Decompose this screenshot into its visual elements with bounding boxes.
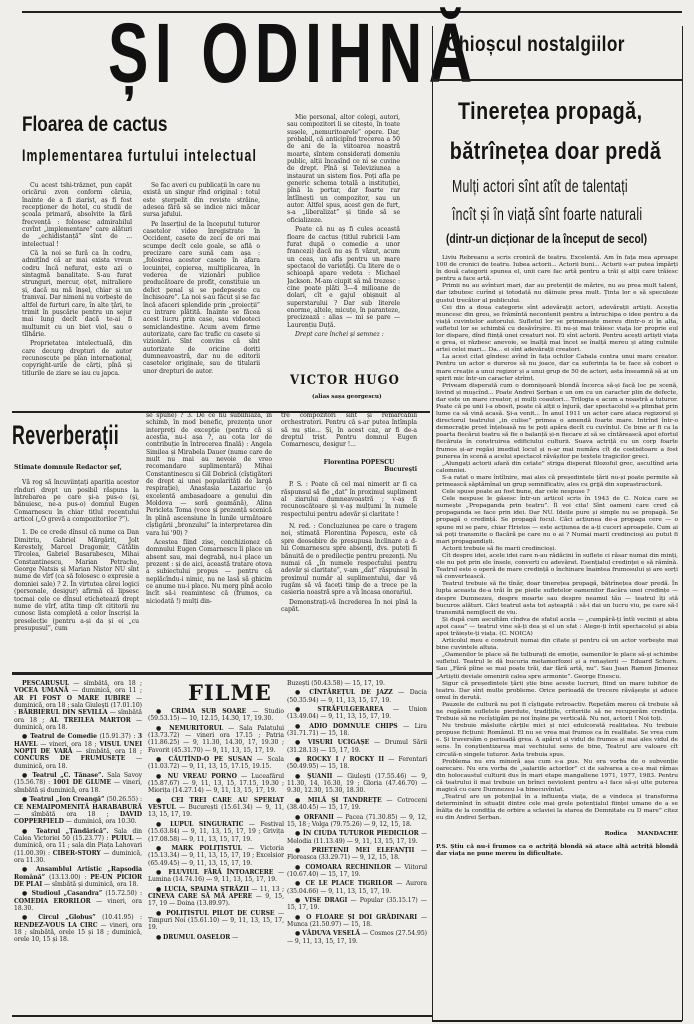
listing-entry: ● ROCKY I / ROCKY II — Ferentari (50.49.… — [287, 756, 427, 771]
chioscul-ps: P.S. Știu că nu-i frumos ca o actriță bl… — [436, 843, 678, 857]
bullet-icon: ● — [295, 880, 305, 887]
bottom-rule-right — [432, 1020, 682, 1022]
bullet-icon: ● — [295, 797, 308, 804]
chioscul-rule — [432, 79, 682, 81]
bullet-icon: ● — [295, 739, 308, 746]
listing-entry: ● ADIO DOMNULE CHIPS — Lira (31.71.71) —… — [287, 723, 427, 738]
bullet-icon: ● — [295, 864, 305, 871]
chioscul-paragraph: Pauzele de cultură nu pot fi cîștigate r… — [436, 701, 678, 722]
bullet-icon: ● — [295, 723, 309, 730]
masthead-title: ȘI ODIHNĂ — [108, 8, 295, 100]
listing-entry: ● ÎN CIUDA TUTUROR PIEDICILOR — Melodia … — [287, 830, 427, 845]
listing-entry: ● COMOARA RECHINILOR — Viitorul (10.67.4… — [287, 864, 427, 879]
listing-entry: ● CEI TREI CARE AU SPERIAT VESTUL — Bucu… — [148, 797, 284, 819]
listing-entry: ● FLUVIUL FĂRĂ ÎNTOARCERE — Lumina (14.7… — [148, 869, 284, 884]
listing-entry: ● Circul „Globus” (10.41.95) : RENDEZ-VO… — [14, 914, 142, 943]
listing-entry: ● Studioul „Casandra” (15.72.50) : COMED… — [14, 890, 142, 912]
column-divider — [432, 26, 433, 1022]
chioscul-paragraph: Sigur că președintele țării știe bine ac… — [436, 680, 678, 701]
floarea-col3: Mie personal, altor colegi, autori, sau … — [287, 114, 400, 372]
chioscul-paragraph: Și după cum ascultăm cîndva de sfatul ac… — [436, 616, 678, 637]
bullet-icon: ● — [156, 886, 164, 893]
chioscul-paragraph: Priveam disperată cum o domnișoară blond… — [436, 382, 678, 460]
chioscul-paragraph: Articolul meu e construit numai din cita… — [436, 637, 678, 651]
letter-signer: Florentina POPESCU — [281, 459, 417, 466]
listing-entry: ● POLIȚISTUL PILOT DE CURSE — Timpuri No… — [148, 910, 284, 932]
chioscul-paragraph: „Teatrul are un potențial în a influența… — [436, 793, 678, 821]
floarea-col1: Cu acest tshi-trăznet, pun capăt oricăru… — [22, 182, 132, 407]
bullet-icon: ● — [22, 866, 36, 873]
chioscul-paragraph: „Alungați actorii afară din cetate” stri… — [436, 460, 678, 474]
bullet-icon: ● — [156, 797, 171, 804]
chioscul-paragraph: „Oamenilor le place să fie tulburați de … — [436, 651, 678, 679]
bullet-icon: ● — [295, 914, 306, 921]
listing-entry: ● CE LE PLACE TIGRILOR — Aurora (35.04.6… — [287, 880, 427, 895]
alias-note: (alias sașa georgescu) — [312, 394, 382, 400]
bullet-icon: ● — [295, 847, 312, 854]
bullet-icon: ● — [156, 845, 172, 852]
bottom-rule — [12, 1015, 432, 1017]
bullet-icon: ● — [156, 756, 169, 763]
listing-entry: ● Teatrul „C. Tănase”. Sala Savoy (15.56… — [14, 772, 142, 794]
listing-entry: ● VISURI UCIGAȘE — Drumul Sării (31.28.1… — [287, 739, 427, 754]
chioscul-paragraph: Actorii trebuie să fie marii credincioși… — [436, 545, 678, 552]
filme-title: FILME — [188, 680, 272, 705]
bullet-icon: ● — [22, 828, 36, 835]
closing-line: Demonstrați-vă încrederea în noi pînă la… — [281, 599, 417, 614]
chioscul-paragraph: Cele spuse poate au fost bune, dar cele … — [436, 488, 678, 495]
floarea-rubric: Floarea de cactus — [22, 113, 167, 137]
listing-entry: ● DRUMUL OASELOR — — [148, 934, 284, 941]
listing-entry: ● LUPUL SINGURATIC — Festival (15.63.84)… — [148, 821, 284, 843]
chioscul-paragraph: Problema nu era minoră așa cum s-a pus. … — [436, 758, 678, 793]
listing-entry: ● MARK POLIȚISTUL — Victoria (15.13.34) … — [148, 845, 284, 867]
chioscul-paragraph: Nu trebuie măsluite cărțile mici și nici… — [436, 722, 678, 757]
listing-entry: ● VISE DRAGI — Popular (35.15.17) — 15, … — [287, 897, 427, 912]
floarea-col2: Se fac averi cu publicații în care nu ex… — [143, 182, 260, 407]
listing-entry: ● NEMURITORUL — Sala Palatului (13.73.72… — [148, 725, 284, 754]
listing-entry: ● MILĂ ȘI TANDREȚE — Cotroceni (38.40.45… — [287, 797, 427, 812]
bullet-icon: ● — [22, 733, 30, 740]
listing-entry: ● LUCIA, SPAIMA STRĂZII — 11, 13 ; CINEV… — [148, 886, 284, 908]
listing-entry: ● CÎNTĂREȚUL DE JAZZ — Dacia (50.35.94) … — [287, 689, 427, 704]
newspaper-page: ȘI ODIHNĂ Floarea de cactus Implementare… — [0, 0, 694, 1024]
chioscul-author: Rodica MANDACHE — [436, 830, 678, 837]
bullet-icon: ● — [156, 708, 171, 715]
editor-note: N. red. : Concluziunea pe care o tragem … — [281, 523, 417, 596]
listing-entry: PESCĂRUȘUL — sîmbătă, ora 18 ; VOCEA UMA… — [14, 680, 142, 731]
chioscul-rubric: Chioșcul nostalgiilor — [446, 33, 625, 57]
bullet-icon: ● — [156, 910, 166, 917]
bullet-icon: ● — [22, 772, 32, 779]
reverberatii-col1: Stimate domnule Redactor șef, Vă rog să … — [14, 464, 139, 642]
listing-entry: ● ȘUANII — Giulești (17.55.46) — 9, 11.3… — [287, 773, 427, 795]
bullet-icon: ● — [22, 890, 32, 897]
chioscul-paragraph: Cei din a doua categorie sînt adevărații… — [436, 304, 678, 354]
salutation: Stimate domnule Redactor șef, — [14, 464, 139, 471]
chioscul-paragraph: Liviu Rebreanu a scris cronică de teatru… — [436, 254, 678, 282]
chioscul-quote-source: (dintr-un dicționar de la început de sec… — [446, 232, 647, 246]
theatre-listings: PESCĂRUȘUL — sîmbătă, ora 18 ; VOCEA UMA… — [14, 680, 142, 1010]
floarea-headline: Implementarea furtului intelectual — [22, 146, 257, 166]
bullet-icon: ● — [295, 830, 303, 837]
bullet-icon: ● — [295, 897, 305, 904]
listing-entry: ● NU VREAU PORNO — Luceafărul (15.87.67)… — [148, 773, 284, 795]
filme-col1: ● CRIMĂ SUB SOARE — Studio (59.53.15) — … — [148, 708, 284, 1013]
chioscul-paragraph: La acest citat gîndesc avînd în fața och… — [436, 353, 678, 381]
chioscul-paragraph: Teatrul trebuie să fie tînăr, doar tiner… — [436, 580, 678, 615]
listing-entry: ● Teatrul de Comedie (15.91.37) : 3 HAVE… — [14, 733, 142, 770]
reverberatii-col2: se spune) ? 3. De ce nu subliniază, în s… — [146, 412, 272, 645]
right-border — [682, 26, 683, 1021]
listing-entry: ● Teatrul „Țăndărică”. Sala din Calea Vi… — [14, 828, 142, 865]
bullet-icon: ● — [22, 914, 38, 921]
bullet-icon: ● — [295, 773, 307, 780]
listing-entry: ● Teatrul „Ion Creangă” (50.26.55) : CE … — [14, 796, 142, 825]
listing-entry: ● PRIETENII MEI ELEFANȚII — Floreasca (3… — [287, 847, 427, 862]
listing-entry: ● VĂDUVA VESELĂ — Cosmos (27.54.95) — 9,… — [287, 930, 427, 945]
bullet-icon: ● — [295, 706, 317, 713]
chioscul-paragraph: Cît despre idei, acele idei care n-au ră… — [436, 552, 678, 580]
chioscul-subhead: Mulți actori sînt atît de talentați încî… — [452, 172, 642, 228]
bullet-icon: ● — [156, 821, 170, 828]
victor-hugo-signature: VICTOR HUGO — [290, 373, 400, 388]
listing-entry: Buzești (50.43.58) — 15, 17, 19. — [287, 680, 427, 687]
listing-entry: ● CRIMĂ SUB SOARE — Studio (59.53.15) — … — [148, 708, 284, 723]
reverberatii-rubric: Reverberații — [12, 420, 119, 451]
chioscul-body: Liviu Rebreanu a scris cronică de teatru… — [436, 254, 678, 1020]
bullet-icon: ● — [295, 756, 307, 763]
chioscul-paragraph: S-a ratat o mare întîlnire, mai ales că … — [436, 474, 678, 488]
listing-entry: ● O FLOARE ȘI DOI GRĂDINARI — Munca (21.… — [287, 914, 427, 929]
listing-entry: ● CĂUTÎND-O PE SUSAN — Scala (11.03.72) … — [148, 756, 284, 771]
letter-ps: P. S. : Poate că cel mai nimerit ar fi c… — [281, 481, 417, 518]
listings-divider — [12, 672, 432, 675]
bullet-icon: ● — [156, 869, 168, 876]
listing-entry: ● Ansamblul Artistic „Rapsodia Română” (… — [14, 866, 142, 888]
chioscul-headline: Tinerețea propagă, bătrînețea doar predă — [458, 92, 661, 172]
letter-city: București — [281, 466, 417, 473]
listing-entry: ● ORFANII — Pacea (71.30.85) — 9, 12, 15… — [287, 814, 427, 829]
bullet-icon: ● — [295, 814, 304, 821]
bullet-icon: ● — [156, 773, 168, 780]
chioscul-paragraph: Primii nu au avînturi mari, dar au prete… — [436, 282, 678, 303]
bullet-icon: ● — [295, 689, 309, 696]
bullet-icon: ● — [156, 934, 163, 941]
reverberatii-col3: tre compozitori sînt și remarcabili orch… — [281, 412, 417, 645]
bullet-icon: ● — [156, 725, 169, 732]
listing-entry: ● STRĂFULGERAREA — Union (13.49.04) — 9,… — [287, 706, 427, 721]
filme-col2: Buzești (50.43.58) — 15, 17, 19.● CÎNTĂR… — [287, 680, 427, 1013]
chioscul-paragraph: Cele nespuse le găsesc într-un articol s… — [436, 495, 678, 545]
